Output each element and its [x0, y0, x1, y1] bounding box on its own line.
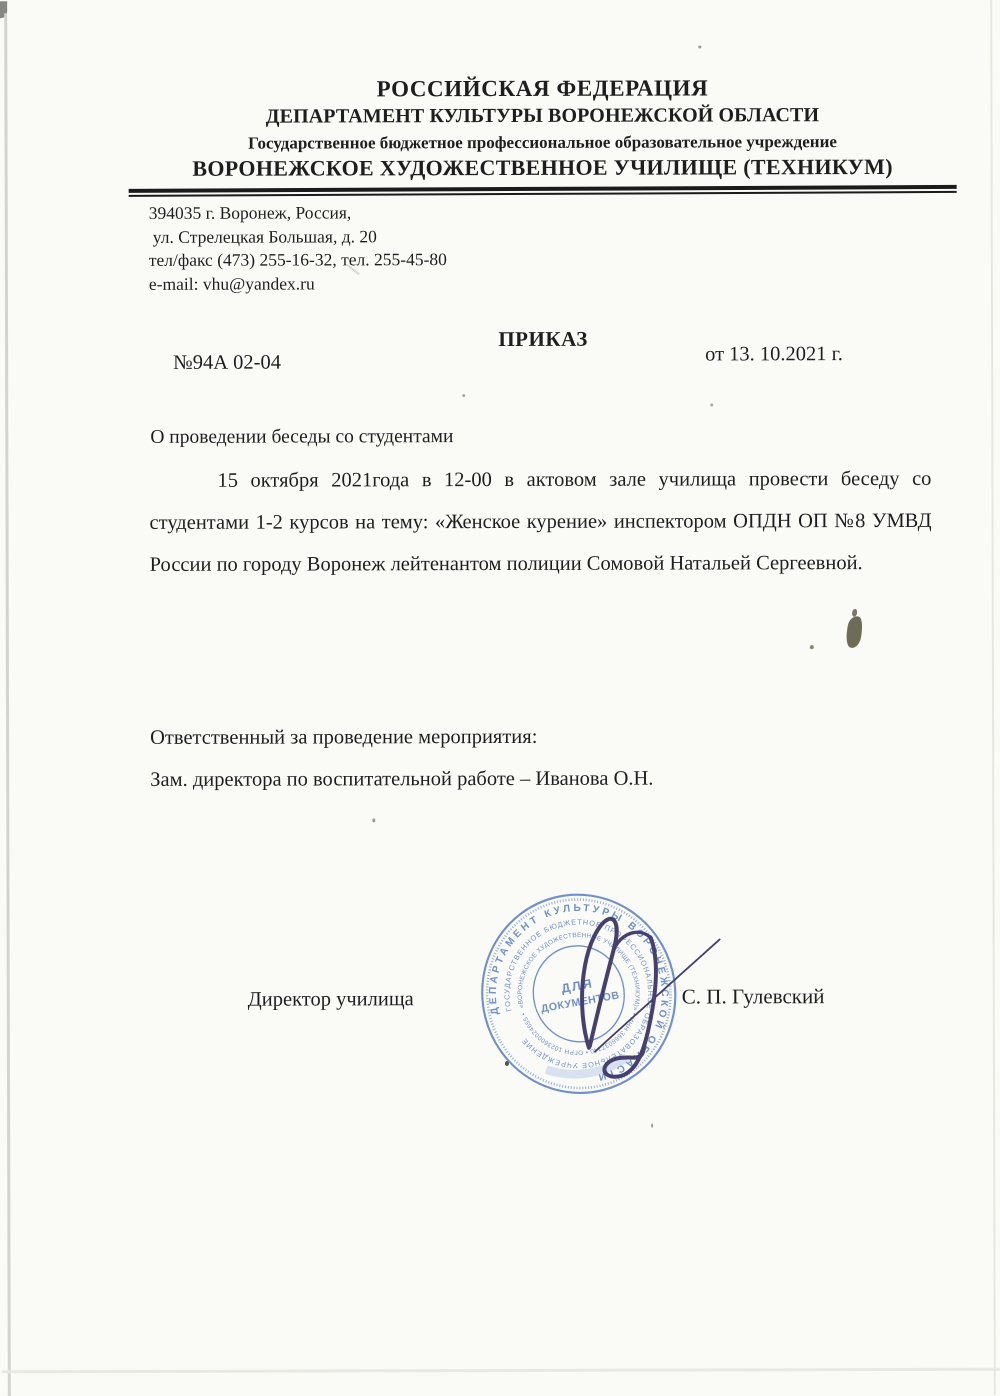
ink-speck — [810, 645, 814, 649]
scan-edge-left — [4, 13, 11, 1396]
responsible-value: Зам. директора по воспитательной работе … — [150, 758, 653, 801]
order-date: от 13. 10.2021 г. — [705, 343, 843, 366]
phone-line: тел/факс (473) 255-16-32, тел. 255-45-80 — [149, 248, 447, 272]
scanned-document-page: РОССИЙСКАЯ ФЕДЕРАЦИЯ ДЕПАРТАМЕНТ КУЛЬТУР… — [0, 0, 1000, 1396]
responsible-label: Ответственный за проведение мероприятия: — [150, 716, 653, 759]
ink-speck — [372, 818, 375, 822]
letterhead-country: РОССИЙСКАЯ ФЕДЕРАЦИЯ — [128, 75, 956, 103]
ink-speck — [710, 403, 713, 406]
ink-speck — [698, 45, 701, 48]
address-line-2: ул. Стрелецкая Большая, д. 20 — [149, 225, 447, 249]
scan-edge-right — [990, 0, 996, 1395]
contact-block: 394035 г. Воронеж, Россия, ул. Стрелецка… — [149, 201, 447, 296]
letterhead-department: ДЕПАРТАМЕНТ КУЛЬТУРЫ ВОРОНЕЖСКОЙ ОБЛАСТИ — [128, 104, 956, 129]
letterhead-institution-name: ВОРОНЕЖСКОЕ ХУДОЖЕСТВЕННОЕ УЧИЛИЩЕ (ТЕХН… — [129, 154, 957, 182]
letterhead-divider — [129, 185, 957, 197]
signer-position: Директор училища — [248, 988, 414, 1011]
handwritten-signature — [500, 879, 741, 1120]
address-line-1: 394035 г. Воронеж, Россия, — [149, 201, 447, 225]
order-subject: О проведении беседы со студентами — [150, 426, 453, 449]
responsible-block: Ответственный за проведение мероприятия:… — [150, 716, 653, 801]
ink-speck — [651, 1124, 653, 1128]
letterhead-institution-type: Государственное бюджетное профессиональн… — [129, 132, 957, 154]
email-line: e-mail: vhu@yandex.ru — [149, 272, 447, 296]
ink-speck — [462, 394, 465, 397]
ink-blot — [844, 615, 864, 649]
letterhead: РОССИЙСКАЯ ФЕДЕРАЦИЯ ДЕПАРТАМЕНТ КУЛЬТУР… — [128, 75, 956, 196]
scan-edge-bottom — [2, 1368, 1000, 1374]
order-number: №94А 02-04 — [173, 352, 281, 375]
order-body-paragraph: 15 октября 2021года в 12-00 в актовом за… — [149, 458, 931, 586]
